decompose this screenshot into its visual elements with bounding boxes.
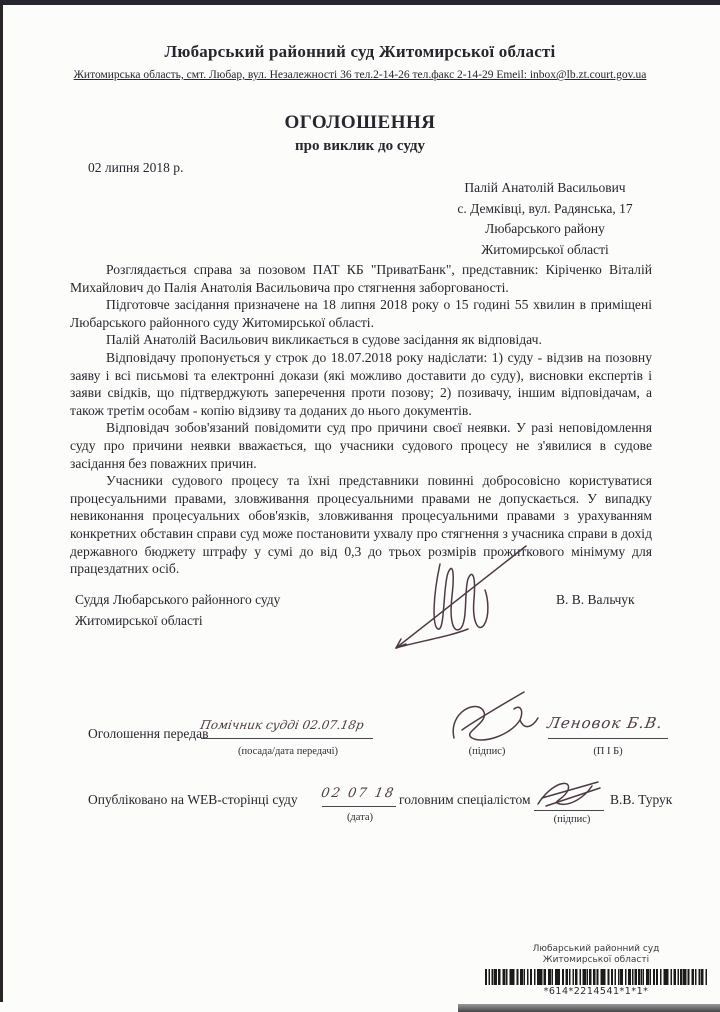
recipient-address-block: Палій Анатолій Васильович с. Демківці, в… xyxy=(430,178,660,260)
scan-edge-bottom xyxy=(458,1004,720,1012)
barcode-block: Любарський районний суд Житомирської обл… xyxy=(480,944,712,997)
scanned-court-document: Любарський районний суд Житомирської обл… xyxy=(0,0,720,1012)
barcode-court-line1: Любарський районний суд xyxy=(480,944,712,955)
paragraph-summons: Палій Анатолій Васильович викликається в… xyxy=(70,331,652,349)
publish-signature xyxy=(534,776,604,808)
court-name: Любарський районний суд Житомирської обл… xyxy=(0,42,720,62)
barcode-court-line2: Житомирської області xyxy=(480,955,712,966)
document-body: Розглядається справа за позовом ПАТ КБ "… xyxy=(70,261,652,578)
document-title: ОГОЛОШЕННЯ xyxy=(0,112,720,134)
transfer-handwritten-name: Леновок Б.В. xyxy=(548,708,668,739)
judge-title-line1: Суддя Любарського районного суду xyxy=(75,592,280,608)
judge-title-line2: Житомирської області xyxy=(75,613,203,629)
publish-middle-text: головним спеціалістом xyxy=(399,792,531,808)
paragraph-deadline: Відповідачу пропонується у строк до 18.0… xyxy=(70,349,652,419)
caption-date: (дата) xyxy=(330,812,390,823)
barcode-stripes xyxy=(485,969,707,985)
handwritten-position-date-text: Помічник судді 02.07.18р xyxy=(199,712,366,732)
document-subtitle: про виклик до суду xyxy=(0,138,720,155)
paragraph-obligations: Учасники судового процесу та їхні предст… xyxy=(70,472,652,578)
handwritten-name-text: Леновок Б.В. xyxy=(546,708,666,732)
publish-handwritten-date: 02 07 18 xyxy=(322,778,396,807)
transfer-label: Оголошення передав xyxy=(88,726,208,742)
caption-transfer-signature: (підпис) xyxy=(442,746,532,757)
paragraph-case: Розглядається справа за позовом ПАТ КБ "… xyxy=(70,261,652,296)
scan-edge-top xyxy=(0,0,720,5)
recipient-name: Палій Анатолій Васильович xyxy=(430,178,660,199)
caption-position-date: (посада/дата передачі) xyxy=(206,746,370,757)
caption-name: (П І Б) xyxy=(560,746,656,757)
publish-label: Опубліковано на WEB-сторінці суду xyxy=(88,792,298,808)
caption-publish-signature: (підпис) xyxy=(538,814,606,825)
publish-specialist-name: В.В. Турук xyxy=(610,792,672,808)
court-address-line: Житомирська область, смт. Любар, вул. Не… xyxy=(0,69,720,81)
recipient-district: Любарського району xyxy=(430,219,660,240)
transfer-handwritten-position-date: Помічник судді 02.07.18р xyxy=(201,712,373,739)
recipient-region: Житомирської області xyxy=(430,240,660,261)
transfer-signature xyxy=(428,690,546,744)
judge-name: В. В. Вальчук xyxy=(556,592,635,608)
judge-signature xyxy=(388,540,533,658)
barcode-number: *614*2214541*1*1* xyxy=(480,986,712,997)
paragraph-hearing: Підготовче засідання призначене на 18 ли… xyxy=(70,296,652,331)
handwritten-date-text: 02 07 18 xyxy=(320,778,398,801)
paragraph-absence: Відповідач зобов'язаний повідомити суд п… xyxy=(70,419,652,472)
recipient-street: с. Демківці, вул. Радянська, 17 xyxy=(430,199,660,220)
publish-signature-area xyxy=(534,776,604,811)
document-date: 02 липня 2018 р. xyxy=(88,160,183,176)
